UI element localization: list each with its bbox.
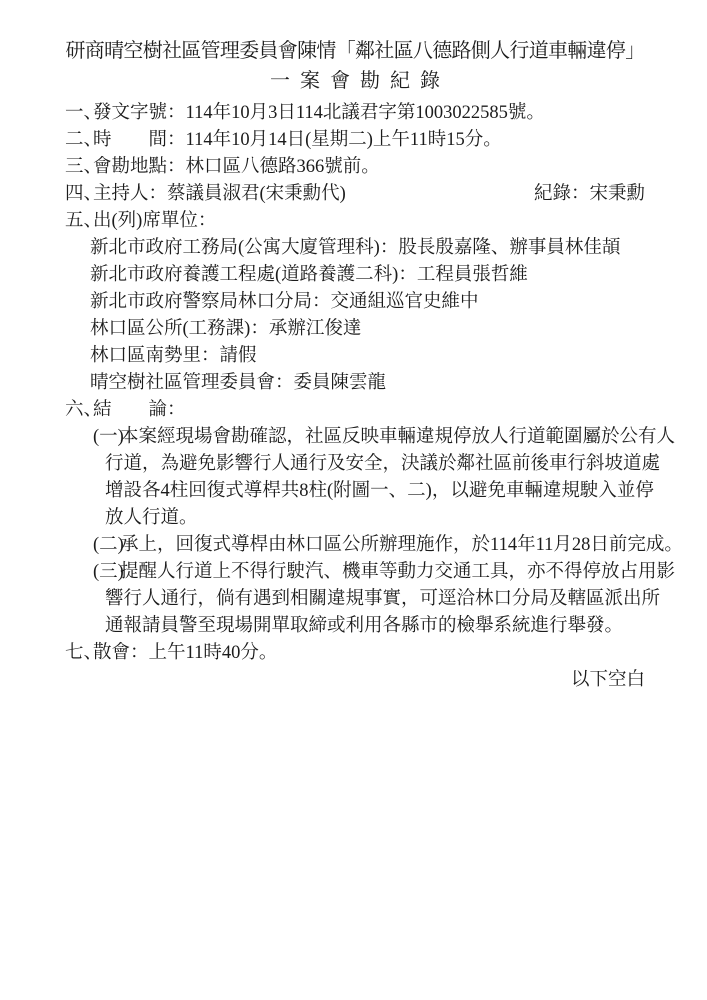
item-marker-5: 五、 [65,208,93,235]
conclusion-item-3-line-2: 響行人通行，倘有遇到相關違規事實，可逕洽林口分局及轄區派出所 [105,586,645,613]
field-adjourn: 七、散會：上午11時40分。 [65,640,645,667]
field-location-text: 會勘地點：林口區八德路366號前。 [93,157,380,177]
title-line-1: 研商晴空樹社區管理委員會陳情「鄰社區八德路側人行道車輛違停」 [65,36,645,67]
conclusion-item-3-line-1: (三)提醒人行道上不得行駛汽、機車等動力交通工具，亦不得停放占用影 [93,559,645,586]
conclusion-item-3-marker: (三) [93,559,120,586]
blank-below-note: 以下空白 [65,667,645,694]
attendee-unit-village: 林口區南勢里：請假 [90,343,645,370]
attendees-heading: 五、出(列)席單位： [65,208,645,235]
conclusion-item-1-line-4: 放人行道。 [105,505,645,532]
conclusion-item-1-line-2: 行道，為避免影響行人通行及安全，決議於鄰社區前後車行斜坡道處 [105,451,645,478]
conclusion-heading: 六、結 論： [65,397,645,424]
conclusion-heading-text: 結 論： [93,400,186,420]
conclusion-item-1-text-1: 本案經現場會勘確認，社區反映車輛違規停放人行道範圍屬於公有人 [120,427,675,447]
title-line-2: 一案會勘紀錄 [65,67,645,96]
conclusion-item-2-text-1: 承上，回復式導桿由林口區公所辦理施作，於114年11月28日前完成。 [120,535,683,555]
document-title: 研商晴空樹社區管理委員會陳情「鄰社區八德路側人行道車輛違停」 一案會勘紀錄 [65,36,645,96]
conclusion-item-3-text-1: 提醒人行道上不得行駛汽、機車等動力交通工具，亦不得停放占用影 [120,562,675,582]
field-chair: 四、主持人：蔡議員淑君(宋秉勳代) 紀錄：宋秉勳 [65,181,645,208]
field-doc-number: 一、發文字號：114年10月3日114北議君字第1003022585號。 [65,100,645,127]
attendees-heading-text: 出(列)席單位： [93,211,216,231]
field-chair-text: 主持人：蔡議員淑君(宋秉勳代) [93,184,346,204]
attendee-unit-district-office: 林口區公所(工務課)：承辦江俊達 [90,316,645,343]
attendee-unit-road-maintenance: 新北市政府養護工程處(道路養護二科)：工程員張哲維 [90,262,645,289]
attendee-unit-public-works: 新北市政府工務局(公寓大廈管理科)：股長殷嘉隆、辦事員林佳頡 [90,235,645,262]
conclusion-item-2-line-1: (二)承上，回復式導桿由林口區公所辦理施作，於114年11月28日前完成。 [93,532,645,559]
field-time-text: 時 間：114年10月14日(星期二)上午11時15分。 [93,130,502,150]
attendee-unit-community: 晴空樹社區管理委員會：委員陳雲龍 [90,370,645,397]
field-doc-number-text: 發文字號：114年10月3日114北議君字第1003022585號。 [93,103,545,123]
item-marker-7: 七、 [65,640,93,667]
conclusion-item-1-marker: (一) [93,424,120,451]
item-marker-1: 一、 [65,100,93,127]
item-marker-4: 四、 [65,181,93,208]
field-adjourn-text: 散會：上午11時40分。 [93,643,277,663]
conclusion-item-1-line-3: 增設各4柱回復式導桿共8柱(附圖一、二)，以避免車輛違規駛入並停 [105,478,645,505]
meeting-record-document: 研商晴空樹社區管理委員會陳情「鄰社區八德路側人行道車輛違停」 一案會勘紀錄 一、… [0,0,707,1000]
item-marker-2: 二、 [65,127,93,154]
field-location: 三、會勘地點：林口區八德路366號前。 [65,154,645,181]
attendee-unit-police: 新北市政府警察局林口分局：交通組巡官史維中 [90,289,645,316]
field-recorder: 紀錄：宋秉勳 [534,181,645,208]
conclusion-item-3-line-3: 通報請員警至現場開單取締或利用各縣市的檢舉系統進行舉發。 [105,613,645,640]
conclusion-item-1-line-1: (一)本案經現場會勘確認，社區反映車輛違規停放人行道範圍屬於公有人 [93,424,645,451]
item-marker-6: 六、 [65,397,93,424]
chair-left: 四、主持人：蔡議員淑君(宋秉勳代) [65,181,346,208]
field-time: 二、時 間：114年10月14日(星期二)上午11時15分。 [65,127,645,154]
conclusion-item-2-marker: (二) [93,532,120,559]
item-marker-3: 三、 [65,154,93,181]
